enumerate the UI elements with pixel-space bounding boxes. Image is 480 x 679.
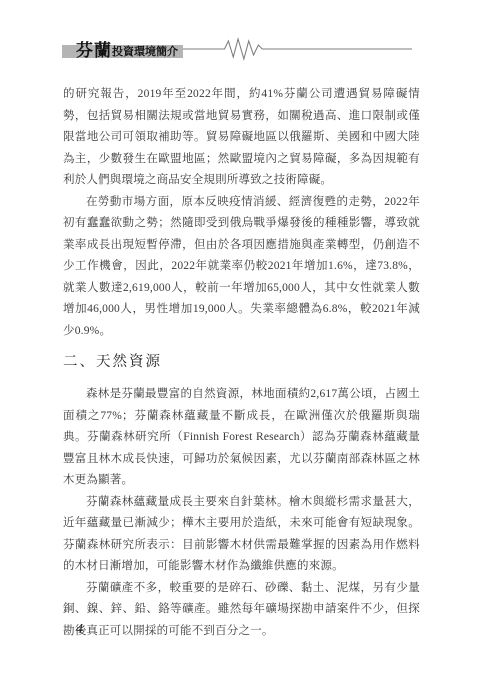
document-body: 的研究報告，2019年至2022年間，約41%芬蘭公司遭遇貿易障礙情勢，包括貿易… <box>63 84 420 642</box>
header-title: 芬蘭 投資環境簡介 <box>62 37 183 61</box>
header-title-sub: 投資環境簡介 <box>112 47 178 59</box>
heartbeat-pulse-icon <box>183 37 412 61</box>
header-title-main: 芬蘭 <box>76 42 112 59</box>
page-number: 4 <box>76 622 83 638</box>
paragraph-forest-growth: 芬蘭森林蘊藏量成長主要來自針葉林。檜木與縱杉需求量甚大，近年蘊藏量已漸減少；樺木… <box>63 492 420 578</box>
page-header: 芬蘭 投資環境簡介 <box>62 37 412 61</box>
paragraph-labor-market: 在勞動市場方面，原本反映疫情消緩、經濟復甦的走勢，2022年初有蠢蠢欲動之勢；然… <box>63 192 420 343</box>
paragraph-forest-overview: 森林是芬蘭最豐富的自然資源，林地面積約2,617萬公頃，占國土面積之77%；芬蘭… <box>63 384 420 492</box>
paragraph-trade-barriers: 的研究報告，2019年至2022年間，約41%芬蘭公司遭遇貿易障礙情勢，包括貿易… <box>63 84 420 192</box>
paragraph-minerals: 芬蘭礦產不多，較重要的是碎石、砂礫、黏土、泥煤，另有少量銅、鎳、鋅、鉛、鉻等礦產… <box>63 578 420 643</box>
document-page: 芬蘭 投資環境簡介 的研究報告，2019年至2022年間，約41%芬蘭公司遭遇貿… <box>0 0 480 679</box>
section-heading-natural-resources: 二、天然資源 <box>63 352 420 372</box>
